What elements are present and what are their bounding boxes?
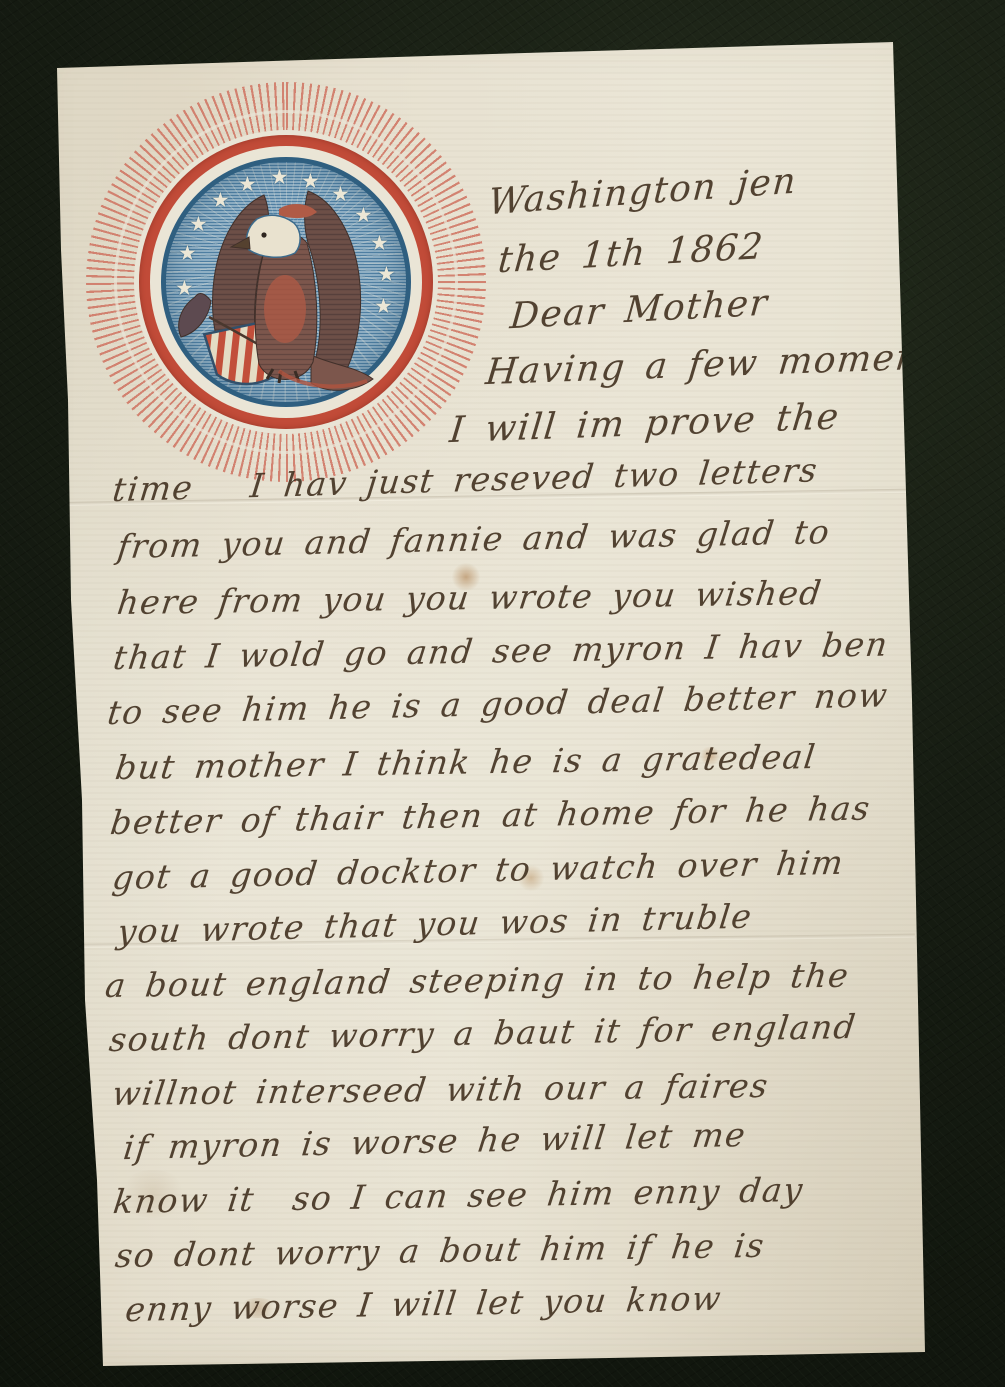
- letter-heading-line: I will im prove the: [448, 396, 842, 451]
- stain: [700, 746, 720, 766]
- star-icon: ★: [238, 174, 257, 195]
- letter-heading-line: Washington jen: [487, 160, 798, 223]
- letter-body-line: time I hav just reseved two letters: [111, 450, 821, 509]
- fold-crease: [62, 489, 912, 506]
- star-icon: ★: [175, 278, 194, 299]
- star-icon: ★: [211, 190, 230, 211]
- cream-ring-outer: [134, 130, 438, 434]
- letter-heading-line: Dear Mother: [508, 282, 770, 337]
- letter-body-line: that I wold go and see myron I hav ben: [111, 624, 891, 677]
- letter-body-line: south dont worry a baut it for england: [107, 1007, 859, 1059]
- letter-body-line: a bout england steeping in to help the: [103, 956, 852, 1005]
- star-icon: ★: [270, 167, 289, 188]
- sunburst-rays: [86, 82, 486, 482]
- letter-body-line: willnot interseed with our a faires: [110, 1066, 771, 1113]
- letter-body-line: to see him he is a good deal better now: [105, 675, 890, 732]
- photo-backdrop: ★ ★ ★ ★ ★ ★ ★ ★ ★ ★ ★ ★ ★: [0, 0, 1005, 1387]
- disc-shading: [166, 162, 406, 402]
- stain: [118, 1170, 188, 1218]
- red-ring: [139, 135, 433, 429]
- star-icon: ★: [374, 296, 393, 317]
- letter-paper: ★ ★ ★ ★ ★ ★ ★ ★ ★ ★ ★ ★ ★: [0, 0, 1005, 1387]
- letter-body-line: enny worse I will let you know: [123, 1279, 724, 1330]
- stain: [452, 562, 480, 592]
- cream-ring-inner: [150, 146, 422, 418]
- letter-body-line: know it so I can see him enny day: [111, 1170, 806, 1221]
- sunburst-ray-break-ring: [114, 110, 458, 454]
- star-icon: ★: [370, 233, 389, 254]
- letter-heading-line: Having a few moments: [484, 336, 959, 394]
- letter-body-line: better of thair then at home for he has: [108, 788, 873, 842]
- star-icon: ★: [189, 214, 208, 235]
- stain: [238, 1298, 278, 1318]
- star-icon: ★: [301, 171, 320, 192]
- star-icon: ★: [354, 205, 373, 226]
- blue-engraved-disc: [161, 157, 411, 407]
- eagle-icon: [161, 157, 411, 407]
- star-icon: ★: [178, 243, 197, 264]
- star-icon: ★: [183, 312, 202, 333]
- letterhead-emblem: ★ ★ ★ ★ ★ ★ ★ ★ ★ ★ ★ ★ ★: [86, 82, 486, 482]
- star-icon: ★: [377, 264, 396, 285]
- letter-heading-line: the 1th 1862: [496, 226, 765, 281]
- letter-body-line: if myron is worse he will let me: [121, 1115, 748, 1167]
- letter-body-line: here from you you wrote you wished: [115, 573, 825, 622]
- letter-body-line: got a good docktor to watch over him: [110, 843, 846, 897]
- letter-body-line: from you and fannie and was glad to: [115, 512, 832, 566]
- star-icon: ★: [331, 184, 350, 205]
- letter-body-line: but mother I think he is a gratedeal: [113, 737, 818, 787]
- inner-glory-rays: [166, 162, 406, 402]
- stain: [518, 864, 544, 892]
- letter-body-line: so dont worry a bout him if he is: [113, 1226, 767, 1275]
- fold-crease: [70, 934, 915, 948]
- letter-body-line: you wrote that you wos in truble: [115, 896, 754, 951]
